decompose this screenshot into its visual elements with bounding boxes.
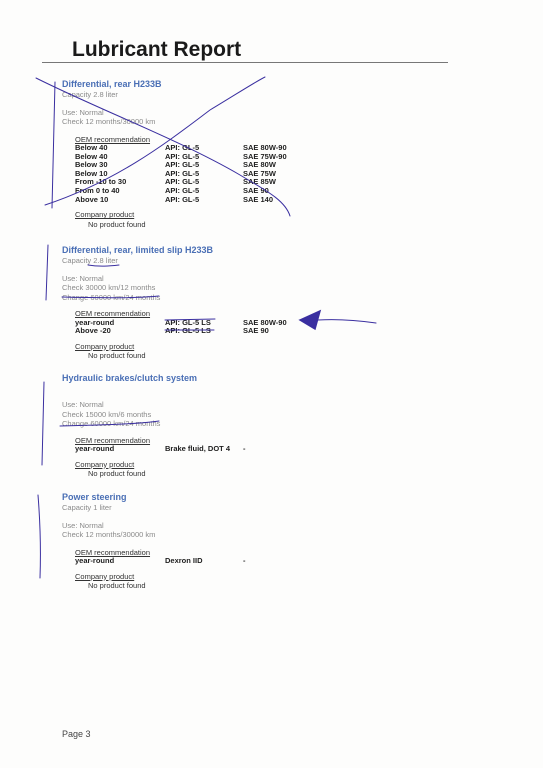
pen-arrowhead-icon — [300, 311, 320, 329]
section-power-steering: Power steering Capacity 1 liter Use: Nor… — [62, 492, 246, 590]
table-row: Above 10API: GL-5SAE 140 — [75, 196, 287, 205]
temperature-range: year-round — [75, 557, 165, 566]
capacity: Capacity 2.8 liter — [62, 90, 287, 100]
section-title: Power steering — [62, 492, 246, 503]
pen-arrow-line — [318, 320, 376, 323]
pen-vertical-mark — [42, 382, 44, 465]
check-interval: Check 30000 km/12 months — [62, 283, 287, 293]
use: Use: Normal — [62, 521, 246, 531]
company-product-value: No product found — [88, 220, 287, 229]
specification: Dexron IID — [165, 557, 243, 566]
pen-vertical-mark — [46, 245, 48, 300]
table-row: year-roundBrake fluid, DOT 4- — [75, 445, 246, 454]
report-title: Lubricant Report — [72, 38, 241, 62]
change-interval: Change 60000 km/24 months — [62, 293, 287, 303]
viscosity: SAE 140 — [243, 196, 287, 205]
check-interval: Check 12 months/30000 km — [62, 530, 246, 540]
table-row: Above -20API: GL-5 LSSAE 90 — [75, 327, 287, 336]
page-number: Page 3 — [62, 729, 91, 739]
use: Use: Normal — [62, 400, 246, 410]
temperature-range: year-round — [75, 445, 165, 454]
pen-vertical-mark — [38, 495, 40, 578]
company-product-label: Company product — [75, 460, 246, 470]
section-title: Differential, rear H233B — [62, 79, 287, 90]
company-product-value: No product found — [88, 581, 246, 590]
oem-table: year-roundDexron IID- — [75, 557, 246, 566]
table-row: year-roundDexron IID- — [75, 557, 246, 566]
oem-table: Below 40API: GL-5SAE 80W-90Below 40API: … — [75, 144, 287, 204]
company-product-value: No product found — [88, 351, 287, 360]
company-product-label: Company product — [75, 342, 287, 352]
company-product-value: No product found — [88, 469, 246, 478]
use: Use: Normal — [62, 108, 287, 118]
section-title: Hydraulic brakes/clutch system — [62, 373, 246, 384]
viscosity: - — [243, 445, 246, 454]
pen-vertical-mark — [52, 82, 55, 208]
viscosity: SAE 90 — [243, 327, 287, 336]
capacity: Capacity 1 liter — [62, 503, 246, 513]
specification: API: GL-5 LS — [165, 327, 243, 336]
check-interval: Check 12 months/30000 km — [62, 117, 287, 127]
company-product-label: Company product — [75, 210, 287, 220]
section-differential-rear: Differential, rear H233B Capacity 2.8 li… — [62, 79, 287, 229]
use: Use: Normal — [62, 274, 287, 284]
viscosity: - — [243, 557, 246, 566]
specification: API: GL-5 — [165, 196, 243, 205]
temperature-range: Above -20 — [75, 327, 165, 336]
section-differential-limited-slip: Differential, rear, limited slip H233B C… — [62, 245, 287, 360]
oem-table: year-roundAPI: GL-5 LSSAE 80W-90Above -2… — [75, 319, 287, 336]
oem-table: year-roundBrake fluid, DOT 4- — [75, 445, 246, 454]
capacity: Capacity 2.8 liter — [62, 256, 287, 266]
title-divider — [42, 62, 448, 63]
specification: Brake fluid, DOT 4 — [165, 445, 243, 454]
check-interval: Check 15000 km/6 months — [62, 410, 246, 420]
section-title: Differential, rear, limited slip H233B — [62, 245, 287, 256]
company-product-label: Company product — [75, 572, 246, 582]
change-interval: Change 60000 km/24 months — [62, 419, 246, 429]
temperature-range: Above 10 — [75, 196, 165, 205]
section-hydraulic-brakes: Hydraulic brakes/clutch system Use: Norm… — [62, 373, 246, 478]
